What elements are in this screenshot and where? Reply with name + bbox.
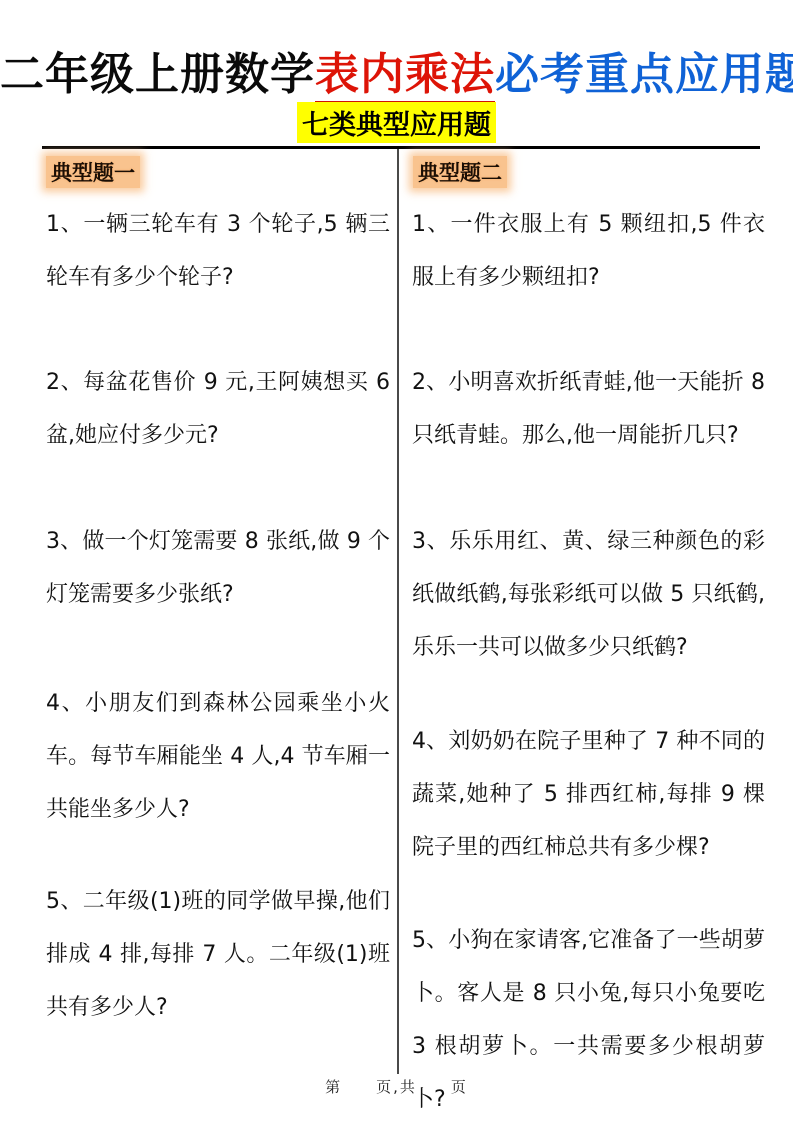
title-segment-red-underlined: 表内乘法 bbox=[315, 49, 495, 105]
col1-problem-5: 5、二年级(1)班的同学做早操,他们排成 4 排,每排 7 人。二年级(1)班共… bbox=[46, 875, 390, 1034]
col2-problem-1: 1、一件衣服上有 5 颗纽扣,5 件衣服上有多少颗纽扣? bbox=[412, 198, 765, 304]
col2-problem-4: 4、刘奶奶在院子里种了 7 种不同的蔬菜,她种了 5 排西红柿,每排 9 棵院子… bbox=[412, 715, 765, 874]
col1-problem-3: 3、做一个灯笼需要 8 张纸,做 9 个灯笼需要多少张纸? bbox=[46, 515, 390, 621]
section-header-type-2: 典型题二 bbox=[413, 156, 507, 188]
subtitle-row: 七类典型应用题 bbox=[0, 102, 793, 143]
subtitle-highlighted: 七类典型应用题 bbox=[297, 102, 496, 143]
worksheet-page: 二年级上册数学表内乘法必考重点应用题 七类典型应用题 典型题一 典型题二 1、一… bbox=[0, 0, 793, 1122]
col1-problem-1: 1、一辆三轮车有 3 个轮子,5 辆三轮车有多少个轮子? bbox=[46, 198, 390, 304]
page-footer: 第 页,共 页 bbox=[0, 1076, 793, 1097]
column-divider bbox=[397, 149, 399, 1074]
page-title: 二年级上册数学表内乘法必考重点应用题 bbox=[0, 38, 793, 102]
section-header-type-1: 典型题一 bbox=[46, 156, 140, 188]
col1-problem-4: 4、小朋友们到森林公园乘坐小火车。每节车厢能坐 4 人,4 节车厢一共能坐多少人… bbox=[46, 677, 390, 836]
col2-problem-3: 3、乐乐用红、黄、绿三种颜色的彩纸做纸鹤,每张彩纸可以做 5 只纸鹤,乐乐一共可… bbox=[412, 515, 765, 674]
title-segment-blue: 必考重点应用题 bbox=[495, 49, 793, 100]
col1-problem-2: 2、每盆花售价 9 元,王阿姨想买 6 盆,她应付多少元? bbox=[46, 356, 390, 462]
title-segment-black: 二年级上册数学 bbox=[0, 49, 315, 100]
horizontal-rule bbox=[42, 146, 760, 149]
col2-problem-2: 2、小明喜欢折纸青蛙,他一天能折 8 只纸青蛙。那么,他一周能折几只? bbox=[412, 356, 765, 462]
